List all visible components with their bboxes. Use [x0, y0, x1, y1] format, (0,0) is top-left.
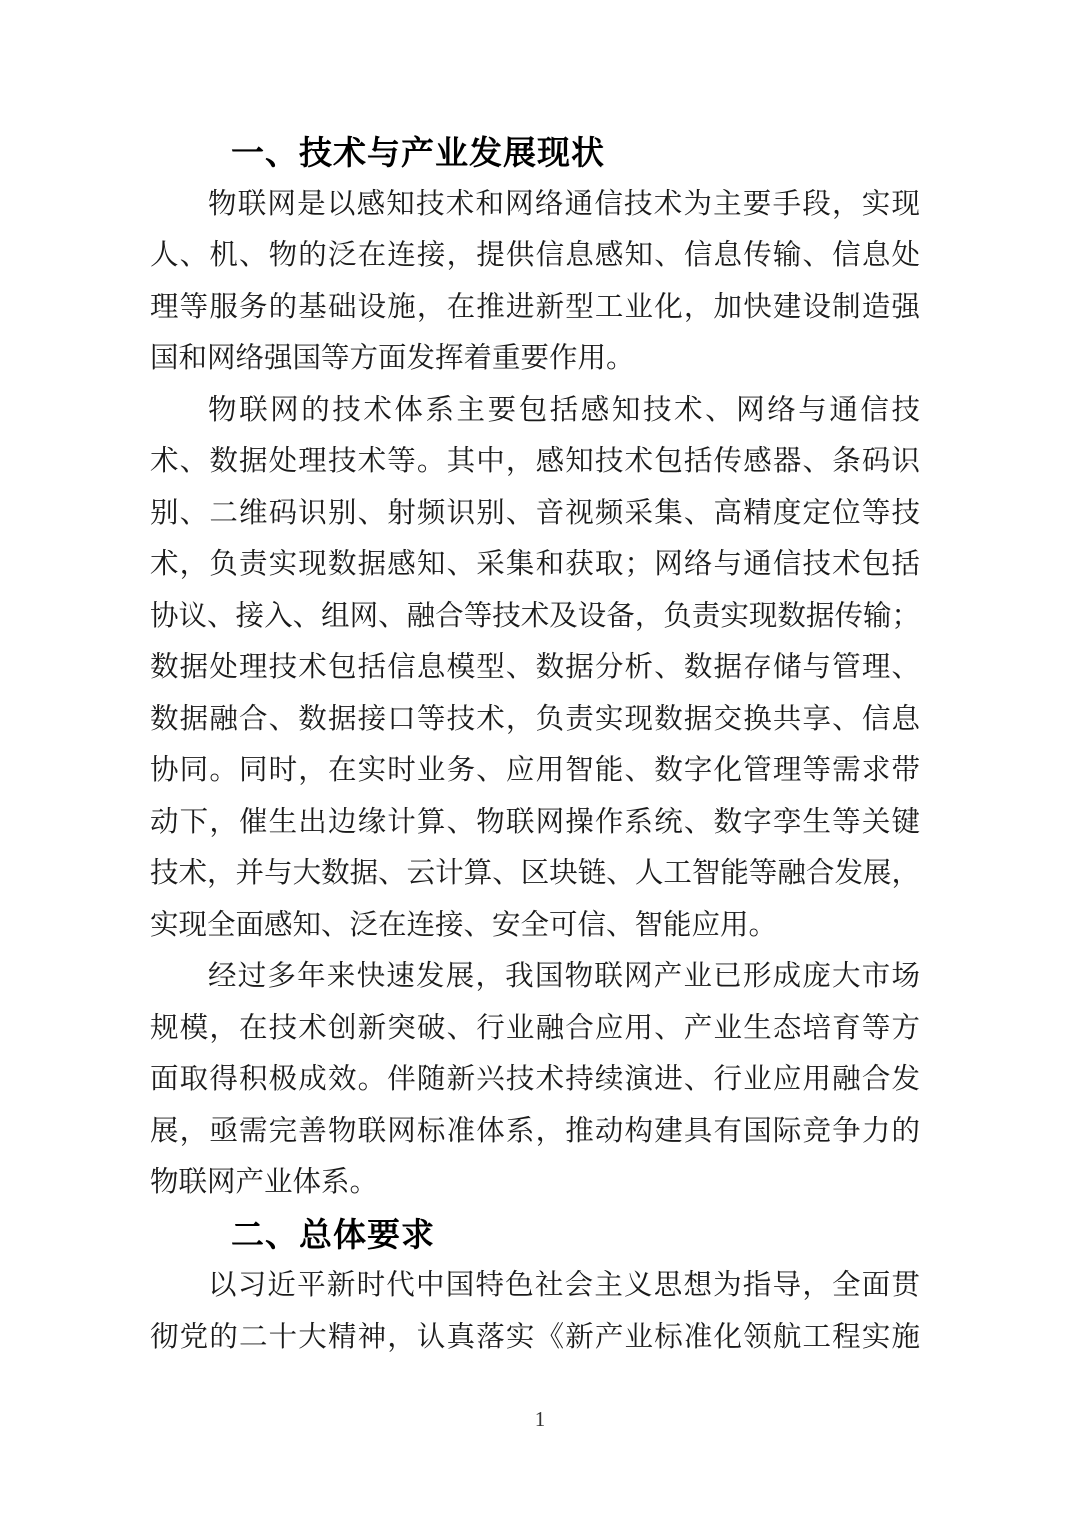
paragraph-line: 别、二维码识别、射频识别、音视频采集、高精度定位等技 [150, 488, 920, 540]
paragraph-line: 经过多年来快速发展，我国物联网产业已形成庞大市场 [150, 951, 920, 1003]
paragraph-line: 规模，在技术创新突破、行业融合应用、产业生态培育等方 [150, 1003, 920, 1055]
paragraph-line: 理等服务的基础设施，在推进新型工业化，加快建设制造强 [150, 282, 920, 334]
paragraph-line: 人、机、物的泛在连接，提供信息感知、信息传输、信息处 [150, 230, 920, 282]
paragraph-line: 协议、接入、组网、融合等技术及设备，负责实现数据传输； [150, 591, 920, 643]
paragraph-line: 术，负责实现数据感知、采集和获取；网络与通信技术包括 [150, 539, 920, 591]
paragraph-line: 技术，并与大数据、云计算、区块链、人工智能等融合发展， [150, 848, 920, 900]
paragraph-line: 以习近平新时代中国特色社会主义思想为指导，全面贯 [150, 1260, 920, 1312]
page-number: 1 [0, 1407, 1080, 1432]
paragraph-line: 物联网产业体系。 [150, 1157, 920, 1209]
section-heading: 二、总体要求 [150, 1209, 920, 1261]
paragraph-line: 面取得积极成效。伴随新兴技术持续演进、行业应用融合发 [150, 1054, 920, 1106]
paragraph-line: 术、数据处理技术等。其中，感知技术包括传感器、条码识 [150, 436, 920, 488]
paragraph-line: 数据处理技术包括信息模型、数据分析、数据存储与管理、 [150, 642, 920, 694]
paragraph-line: 实现全面感知、泛在连接、安全可信、智能应用。 [150, 900, 920, 952]
paragraph-line: 物联网的技术体系主要包括感知技术、网络与通信技 [150, 385, 920, 437]
document-page: 一、技术与产业发展现状物联网是以感知技术和网络通信技术为主要手段，实现人、机、物… [0, 0, 1080, 1527]
paragraph-line: 动下，催生出边缘计算、物联网操作系统、数字孪生等关键 [150, 797, 920, 849]
document-body: 一、技术与产业发展现状物联网是以感知技术和网络通信技术为主要手段，实现人、机、物… [150, 127, 920, 1363]
paragraph-line: 物联网是以感知技术和网络通信技术为主要手段，实现 [150, 179, 920, 231]
paragraph-line: 协同。同时，在实时业务、应用智能、数字化管理等需求带 [150, 745, 920, 797]
paragraph-line: 国和网络强国等方面发挥着重要作用。 [150, 333, 920, 385]
paragraph-line: 数据融合、数据接口等技术，负责实现数据交换共享、信息 [150, 694, 920, 746]
section-heading: 一、技术与产业发展现状 [150, 127, 920, 179]
paragraph-line: 展，亟需完善物联网标准体系，推动构建具有国际竞争力的 [150, 1106, 920, 1158]
paragraph-line: 彻党的二十大精神，认真落实《新产业标准化领航工程实施 [150, 1312, 920, 1364]
